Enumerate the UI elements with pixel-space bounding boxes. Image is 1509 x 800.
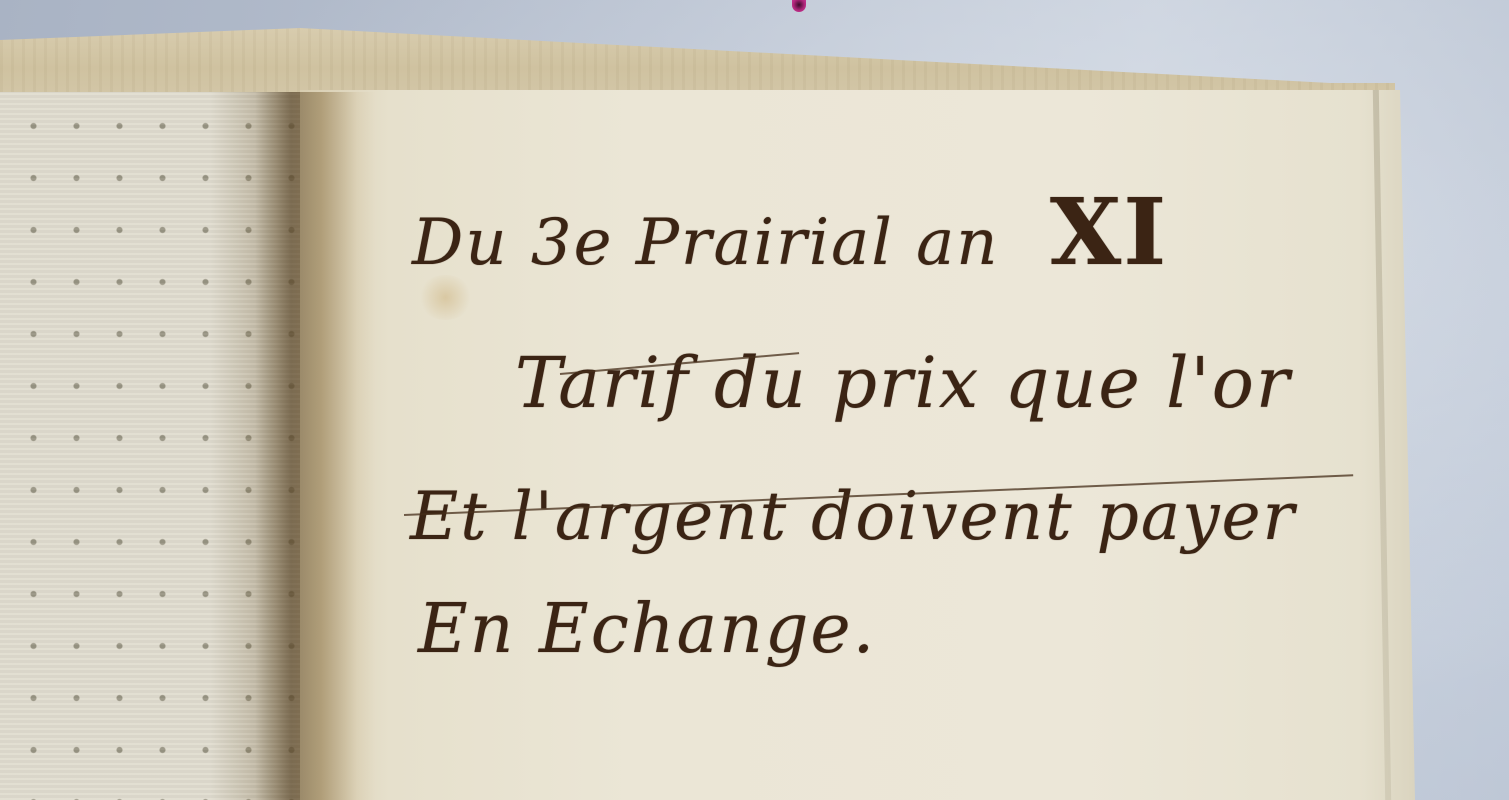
handwritten-text: Du 3e Prairial an XI Tarif du prix que l… — [0, 0, 1509, 800]
date-line: Du 3e Prairial an XI — [412, 178, 1168, 286]
year-numeral: XI — [1050, 178, 1168, 286]
title-line-3: En Echange. — [418, 590, 876, 669]
date-text: Du 3e Prairial an — [412, 206, 1022, 280]
title-line-1: Tarif du prix que l'or — [515, 342, 1291, 424]
title-line-2: Et l'argent doivent payer — [410, 478, 1296, 555]
